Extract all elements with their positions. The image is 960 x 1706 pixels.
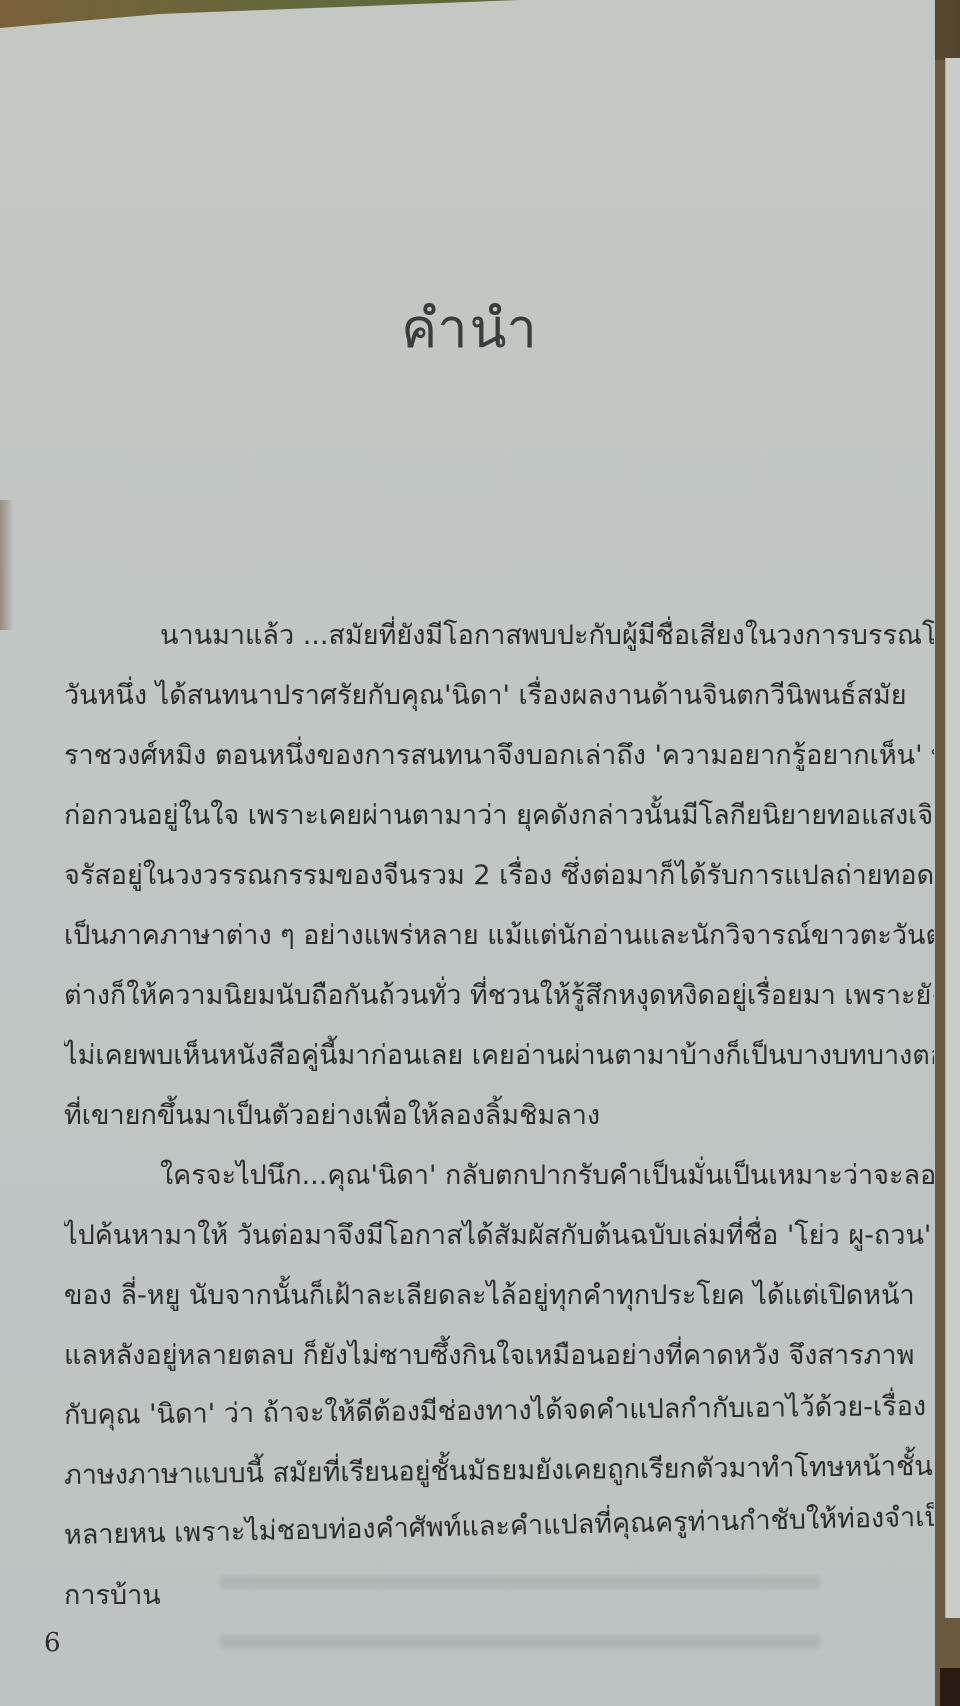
text-line: ก่อกวนอยู่ในใจ เพราะเคยผ่านตามาว่า ยุคดั…: [64, 786, 934, 846]
text-line: จรัสอยู่ในวงวรรณกรรมของจีนรวม 2 เรื่อง ซ…: [64, 846, 934, 906]
text-line: ไปค้นหามาให้ วันต่อมาจึงมีโอกาสได้สัมผัส…: [64, 1206, 934, 1266]
bleed-through-text: [220, 1545, 820, 1695]
page-title: คำนำ: [0, 285, 940, 371]
book-page: คำนำ นานมาแล้ว ...สมัยที่ยังมีโอกาสพบปะก…: [0, 0, 940, 1706]
text-line: ใครจะไปนึก...คุณ'นิดา' กลับตกปากรับคำเป็…: [64, 1146, 934, 1206]
adjacent-page-edge: [945, 58, 960, 1618]
text-line: เป็นภาคภาษาต่าง ๆ อย่างแพร่หลาย แม้แต่นั…: [64, 906, 934, 966]
text-line: วันหนึ่ง ได้สนทนาปราศรัยกับคุณ'นิดา' เรื…: [64, 666, 934, 726]
background-corner: [940, 1668, 960, 1706]
text-line: แลหลังอยู่หลายตลบ ก็ยังไม่ซาบซึ้งกินใจเห…: [64, 1326, 934, 1386]
text-line: ที่เขายกขึ้นมาเป็นตัวอย่างเพื่อให้ลองลิ้…: [64, 1086, 934, 1146]
text-line: ราชวงศ์หมิง ตอนหนึ่งของการสนทนาจึงบอกเล่…: [64, 726, 934, 786]
text-line: นานมาแล้ว ...สมัยที่ยังมีโอกาสพบปะกับผู้…: [64, 606, 934, 666]
page-number: 6: [44, 1628, 61, 1658]
text-line: ไม่เคยพบเห็นหนังสือคู่นี้มาก่อนเลย เคยอ่…: [64, 1026, 934, 1086]
text-line: กับคุณ 'นิดา' ว่า ถ้าจะให้ดีต้องมีช่องทา…: [64, 1377, 935, 1446]
preface-body: นานมาแล้ว ...สมัยที่ยังมีโอกาสพบปะกับผู้…: [64, 606, 934, 1626]
text-line: ต่างก็ให้ความนิยมนับถือกันถ้วนทั่ว ที่ชว…: [64, 966, 934, 1026]
text-line: ของ ลี่-หยู นับจากนั้นก็เฝ้าละเลียดละไล้…: [64, 1266, 934, 1326]
thumb-shadow: [0, 500, 14, 630]
